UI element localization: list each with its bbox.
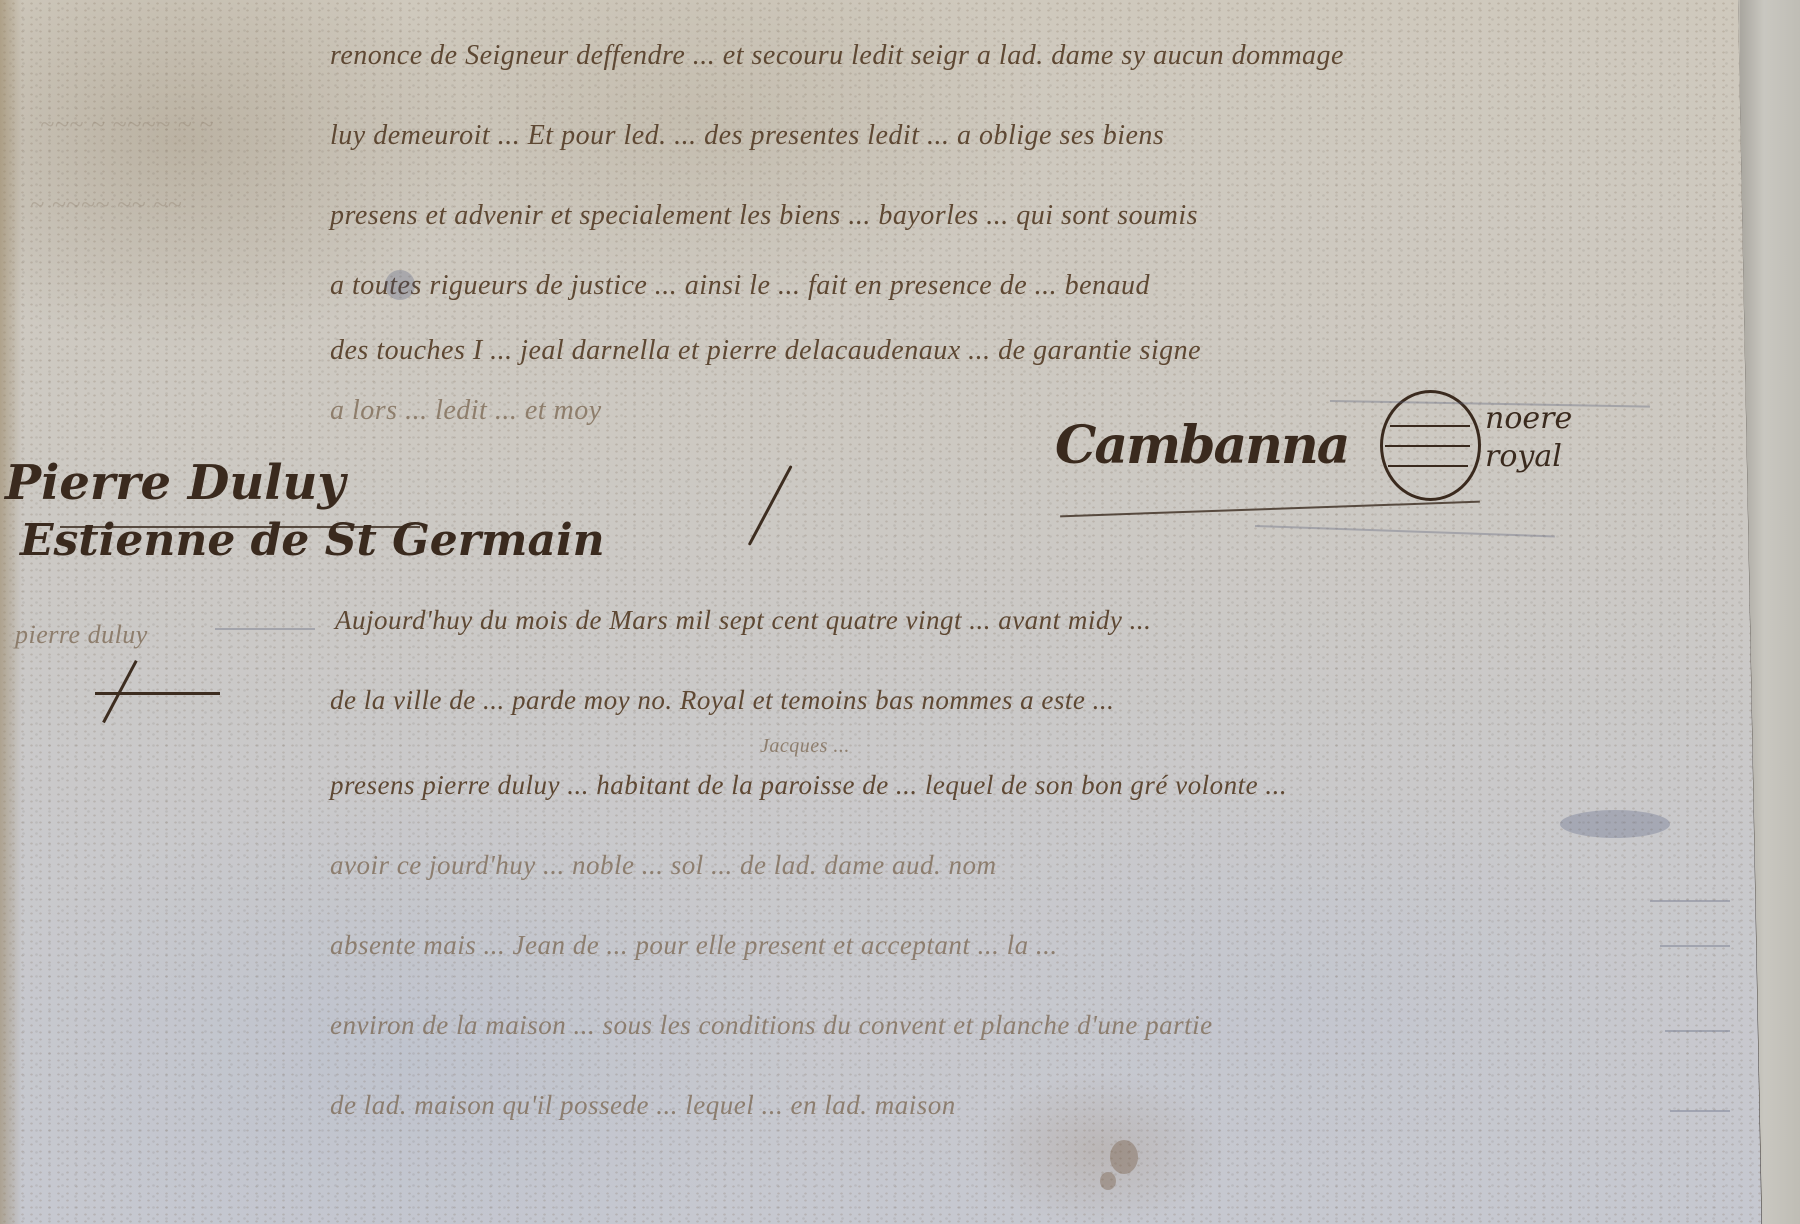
lower-text-line-2: de la ville de ... parde moy no. Royal e… [330,685,1114,716]
notary-signature-underline [1060,501,1480,518]
signature-estienne-st-germain: Estienne de St Germain [20,515,605,566]
notary-suffix: noere royal [1485,400,1625,476]
line-end-dash [1650,900,1730,902]
cross-mark-horizontal [95,692,220,695]
lower-text-line-6: environ de la maison ... sous les condit… [330,1010,1213,1041]
upper-text-line-1: renonce de Seigneur deffendre ... et sec… [330,40,1344,72]
line-end-dash [1665,1030,1730,1032]
pencil-mark [1255,525,1555,537]
upper-text-line-2: luy demeuroit ... Et pour led. ... des p… [330,120,1164,152]
line-end-dash [1670,1110,1730,1112]
margin-line [215,628,315,630]
notary-paraph-hatch [1388,465,1468,467]
notary-paraph-hatch [1385,445,1470,447]
bleed-through-text: ~ ~~~~ ~~ ~~ [30,190,182,220]
upper-text-line-3: presens et advenir et specialement les b… [330,200,1198,232]
lower-text-line-3: presens pierre duluy ... habitant de la … [330,770,1287,801]
ink-blot [1560,810,1670,838]
upper-text-line-6: a lors ... ledit ... et moy [330,395,602,427]
signature-flourish [748,465,793,546]
upper-text-line-5: des touches I ... jeal darnella et pierr… [330,335,1201,367]
ink-blot [385,270,415,300]
ink-stain [1110,1140,1138,1174]
page-left-edge-stain [0,0,22,1224]
lower-text-line-5: absente mais ... Jean de ... pour elle p… [330,930,1058,961]
parchment-page: ~~~ ~ ~~~~ ~ ~ ~ ~~~~ ~~ ~~ renonce de S… [0,0,1762,1224]
line-end-dash [1660,945,1730,947]
signature-pierre-duluy: Pierre Duluy [5,455,345,511]
lower-text-line-4: avoir ce jourd'huy ... noble ... sol ...… [330,850,996,881]
margin-note-pierre-duluy: pierre duluy [15,620,148,650]
bleed-through-text: ~~~ ~ ~~~~ ~ ~ [40,110,214,140]
signature-notary: Cambanna [1055,415,1348,476]
notary-paraph-hatch [1390,425,1470,427]
lower-text-line-1: Aujourd'huy du mois de Mars mil sept cen… [335,605,1151,636]
interlinear-note: Jacques ... [760,735,850,758]
upper-text-line-4: a toutes rigueurs de justice ... ainsi l… [330,270,1150,302]
lower-text-line-7: de lad. maison qu'il possede ... lequel … [330,1090,956,1121]
ink-stain [1100,1172,1116,1190]
